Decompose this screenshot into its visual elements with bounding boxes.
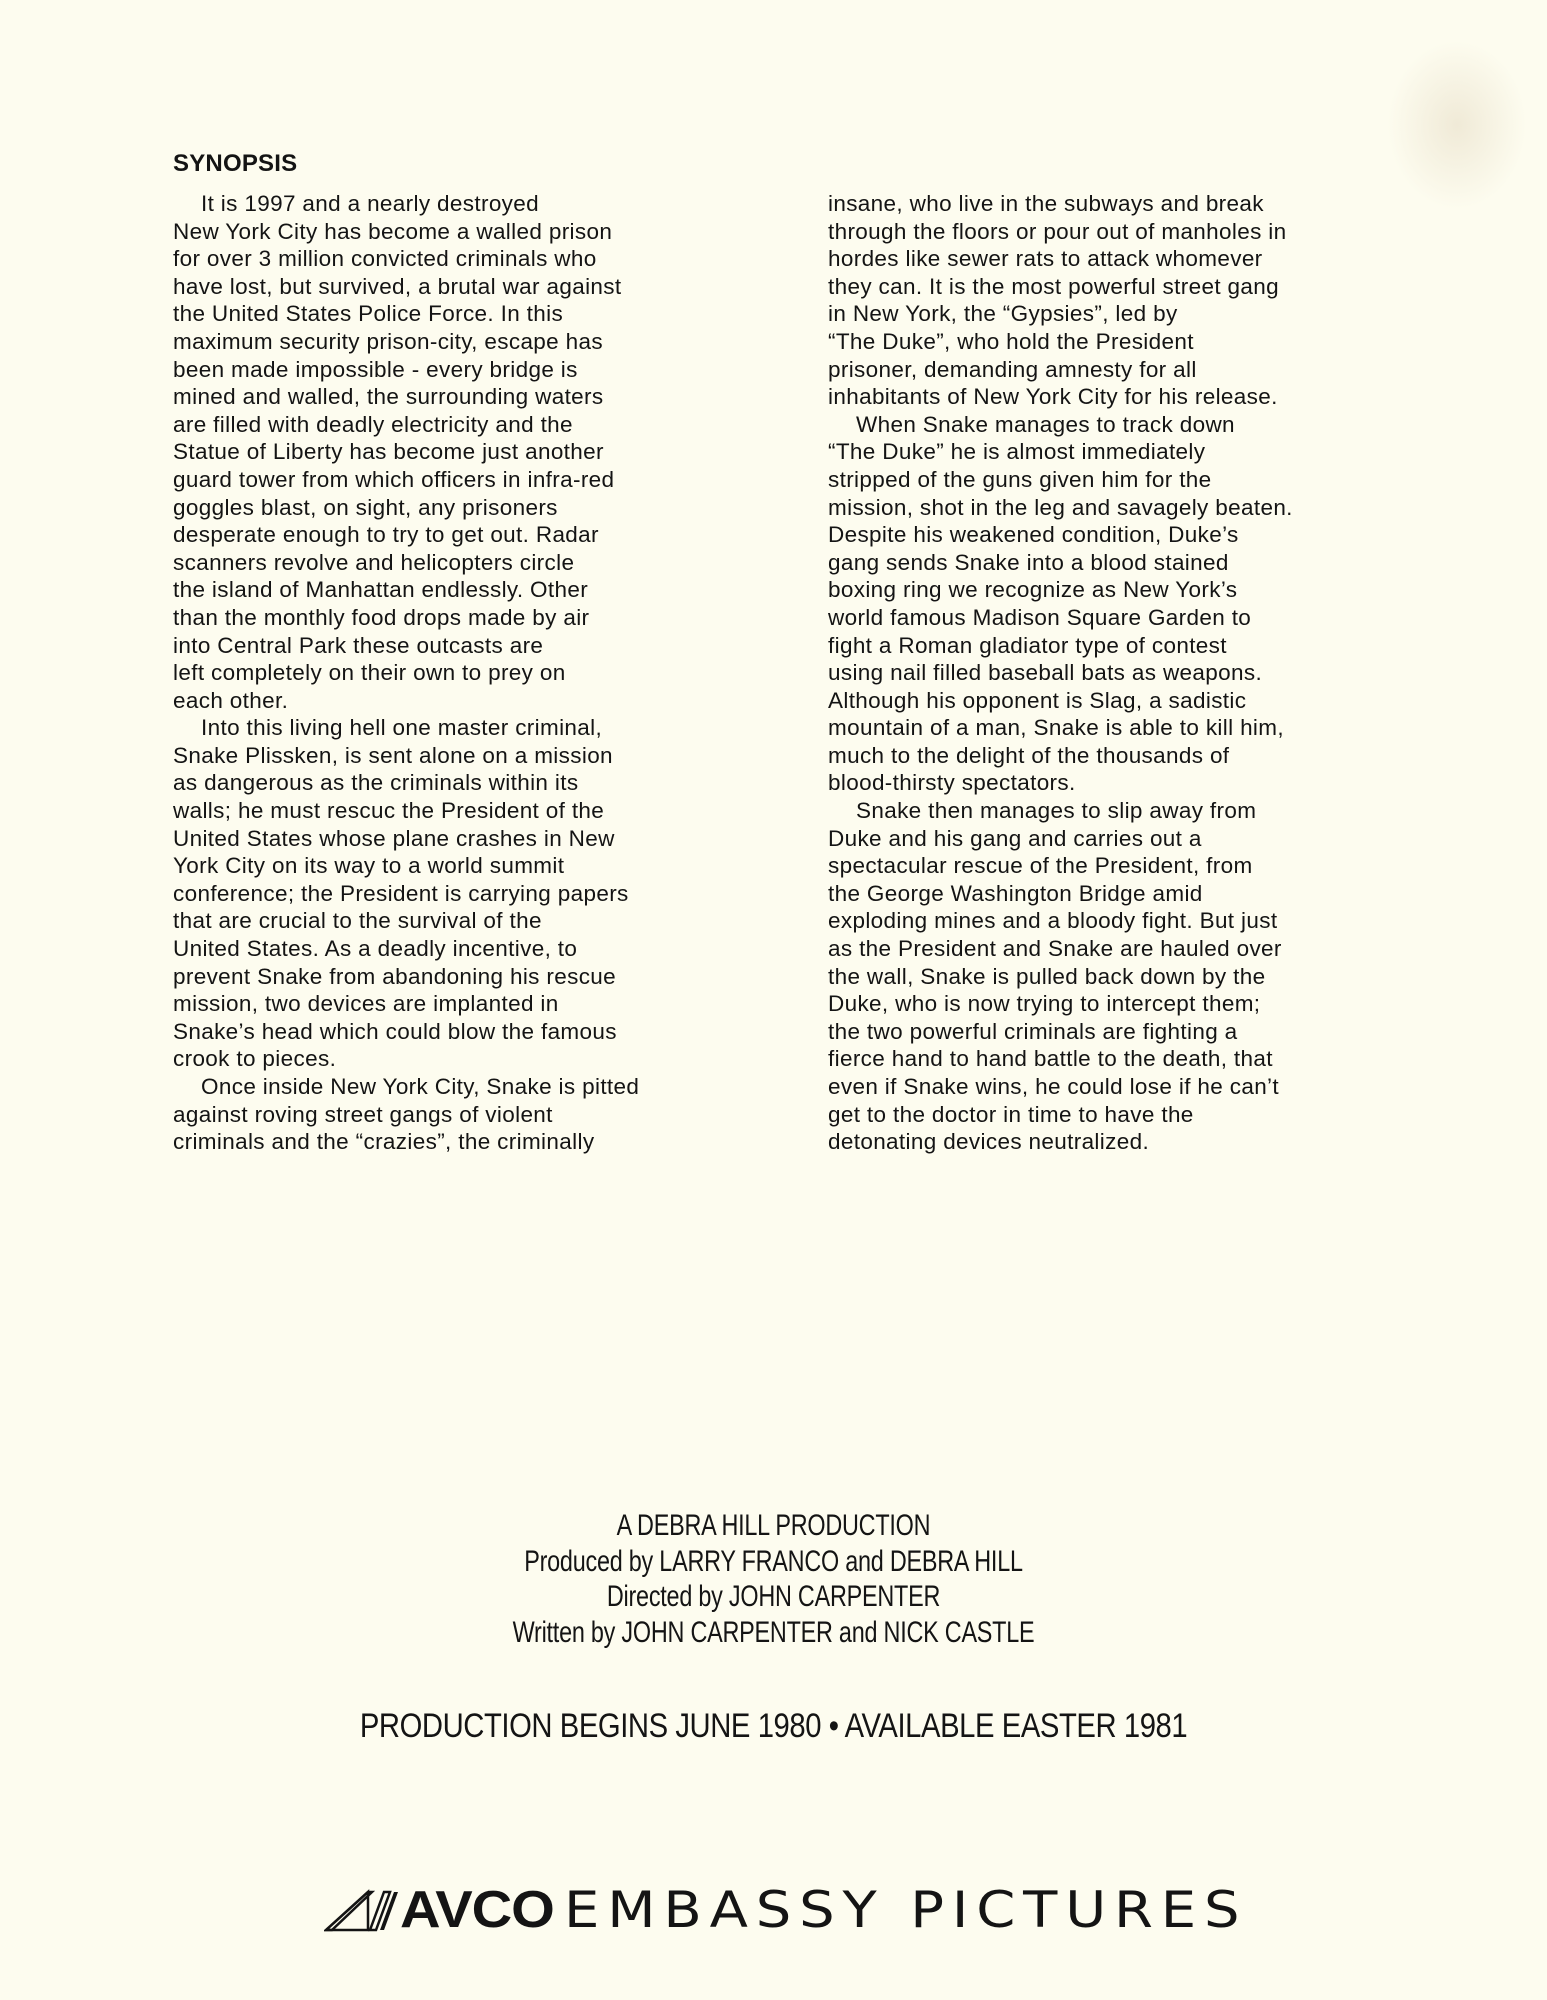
synopsis-line: into Central Park these outcasts are xyxy=(173,632,763,660)
synopsis-line: than the monthly food drops made by air xyxy=(173,604,763,632)
release-line: PRODUCTION BEGINS JUNE 1980 • AVAILABLE … xyxy=(108,1707,1438,1746)
synopsis-line: get to the doctor in time to have the xyxy=(828,1101,1388,1129)
synopsis-line: been made impossible - every bridge is xyxy=(173,356,763,384)
synopsis-line: It is 1997 and a nearly destroyed xyxy=(173,190,763,218)
synopsis-line: through the floors or pour out of manhol… xyxy=(828,218,1388,246)
synopsis-line: “The Duke” he is almost immediately xyxy=(828,438,1388,466)
synopsis-line: spectacular rescue of the President, fro… xyxy=(828,852,1388,880)
synopsis-line: inhabitants of New York City for his rel… xyxy=(828,383,1388,411)
synopsis-line: fight a Roman gladiator type of contest xyxy=(828,632,1388,660)
credit-produced-by: Produced by LARRY FRANCO and DEBRA HILL xyxy=(170,1544,1377,1580)
synopsis-line: boxing ring we recognize as New York’s xyxy=(828,576,1388,604)
synopsis-line: guard tower from which officers in infra… xyxy=(173,466,763,494)
synopsis-line: Snake’s head which could blow the famous xyxy=(173,1018,763,1046)
synopsis-line: the wall, Snake is pulled back down by t… xyxy=(828,963,1388,991)
synopsis-line: scanners revolve and helicopters circle xyxy=(173,549,763,577)
studio-logo: AVCO EMBASSY PICTURES xyxy=(324,1880,1175,1940)
credits-block: A DEBRA HILL PRODUCTION Produced by LARR… xyxy=(170,1508,1377,1650)
synopsis-line: have lost, but survived, a brutal war ag… xyxy=(173,273,763,301)
synopsis-line: mission, shot in the leg and savagely be… xyxy=(828,494,1388,522)
synopsis-line: United States whose plane crashes in New xyxy=(173,825,763,853)
synopsis-line: even if Snake wins, he could lose if he … xyxy=(828,1073,1388,1101)
synopsis-line: Snake then manages to slip away from xyxy=(828,797,1388,825)
synopsis-line: When Snake manages to track down xyxy=(828,411,1388,439)
synopsis-line: “The Duke”, who hold the President xyxy=(828,328,1388,356)
synopsis-line: Snake Plissken, is sent alone on a missi… xyxy=(173,742,763,770)
synopsis-line: exploding mines and a bloody fight. But … xyxy=(828,907,1388,935)
synopsis-line: Although his opponent is Slag, a sadisti… xyxy=(828,687,1388,715)
synopsis-line: they can. It is the most powerful street… xyxy=(828,273,1388,301)
synopsis-line: the United States Police Force. In this xyxy=(173,300,763,328)
synopsis-line: Once inside New York City, Snake is pitt… xyxy=(173,1073,763,1101)
logo-brand: AVCO xyxy=(400,1880,554,1940)
synopsis-line: walls; he must rescuc the President of t… xyxy=(173,797,763,825)
synopsis-line: mined and walled, the surrounding waters xyxy=(173,383,763,411)
synopsis-line: blood-thirsty spectators. xyxy=(828,769,1388,797)
synopsis-line: York City on its way to a world summit xyxy=(173,852,763,880)
synopsis-line: criminals and the “crazies”, the crimina… xyxy=(173,1128,763,1156)
synopsis-line: are filled with deadly electricity and t… xyxy=(173,411,763,439)
synopsis-line: mountain of a man, Snake is able to kill… xyxy=(828,714,1388,742)
synopsis-line: using nail filled baseball bats as weapo… xyxy=(828,659,1388,687)
synopsis-line: fierce hand to hand battle to the death,… xyxy=(828,1045,1388,1073)
credit-directed-by: Directed by JOHN CARPENTER xyxy=(170,1579,1377,1615)
synopsis-line: United States. As a deadly incentive, to xyxy=(173,935,763,963)
synopsis-line: world famous Madison Square Garden to xyxy=(828,604,1388,632)
synopsis-line: in New York, the “Gypsies”, led by xyxy=(828,300,1388,328)
synopsis-line: gang sends Snake into a blood stained xyxy=(828,549,1388,577)
synopsis-line: conference; the President is carrying pa… xyxy=(173,880,763,908)
synopsis-line: as the President and Snake are hauled ov… xyxy=(828,935,1388,963)
synopsis-line: maximum security prison-city, escape has xyxy=(173,328,763,356)
synopsis-right-column: insane, who live in the subways and brea… xyxy=(828,190,1388,1156)
synopsis-line: the George Washington Bridge amid xyxy=(828,880,1388,908)
synopsis-line: prisoner, demanding amnesty for all xyxy=(828,356,1388,384)
synopsis-line: each other. xyxy=(173,687,763,715)
synopsis-line: desperate enough to try to get out. Rada… xyxy=(173,521,763,549)
synopsis-line: Duke, who is now trying to intercept the… xyxy=(828,990,1388,1018)
synopsis-line: that are crucial to the survival of the xyxy=(173,907,763,935)
synopsis-line: much to the delight of the thousands of xyxy=(828,742,1388,770)
logo-name: EMBASSY PICTURES xyxy=(564,1881,1247,1939)
synopsis-line: detonating devices neutralized. xyxy=(828,1128,1388,1156)
synopsis-line: Statue of Liberty has become just anothe… xyxy=(173,438,763,466)
synopsis-line: goggles blast, on sight, any prisoners xyxy=(173,494,763,522)
synopsis-line: Into this living hell one master crimina… xyxy=(173,714,763,742)
paper-stain xyxy=(1387,40,1527,210)
synopsis-line: crook to pieces. xyxy=(173,1045,763,1073)
synopsis-line: left completely on their own to prey on xyxy=(173,659,763,687)
synopsis-line: New York City has become a walled prison xyxy=(173,218,763,246)
synopsis-line: stripped of the guns given him for the xyxy=(828,466,1388,494)
synopsis-line: for over 3 million convicted criminals w… xyxy=(173,245,763,273)
synopsis-line: Despite his weakened condition, Duke’s xyxy=(828,521,1388,549)
synopsis-line: against roving street gangs of violent xyxy=(173,1101,763,1129)
avco-triangle-logo-icon xyxy=(324,1888,398,1932)
synopsis-line: hordes like sewer rats to attack whomeve… xyxy=(828,245,1388,273)
synopsis-heading: SYNOPSIS xyxy=(173,150,297,178)
synopsis-line: prevent Snake from abandoning his rescue xyxy=(173,963,763,991)
synopsis-line: mission, two devices are implanted in xyxy=(173,990,763,1018)
credit-written-by: Written by JOHN CARPENTER and NICK CASTL… xyxy=(170,1615,1377,1651)
synopsis-left-column: It is 1997 and a nearly destroyedNew Yor… xyxy=(173,190,763,1156)
synopsis-line: insane, who live in the subways and brea… xyxy=(828,190,1388,218)
synopsis-line: the two powerful criminals are fighting … xyxy=(828,1018,1388,1046)
synopsis-line: Duke and his gang and carries out a xyxy=(828,825,1388,853)
credit-production: A DEBRA HILL PRODUCTION xyxy=(170,1508,1377,1544)
synopsis-line: as dangerous as the criminals within its xyxy=(173,769,763,797)
synopsis-line: the island of Manhattan endlessly. Other xyxy=(173,576,763,604)
